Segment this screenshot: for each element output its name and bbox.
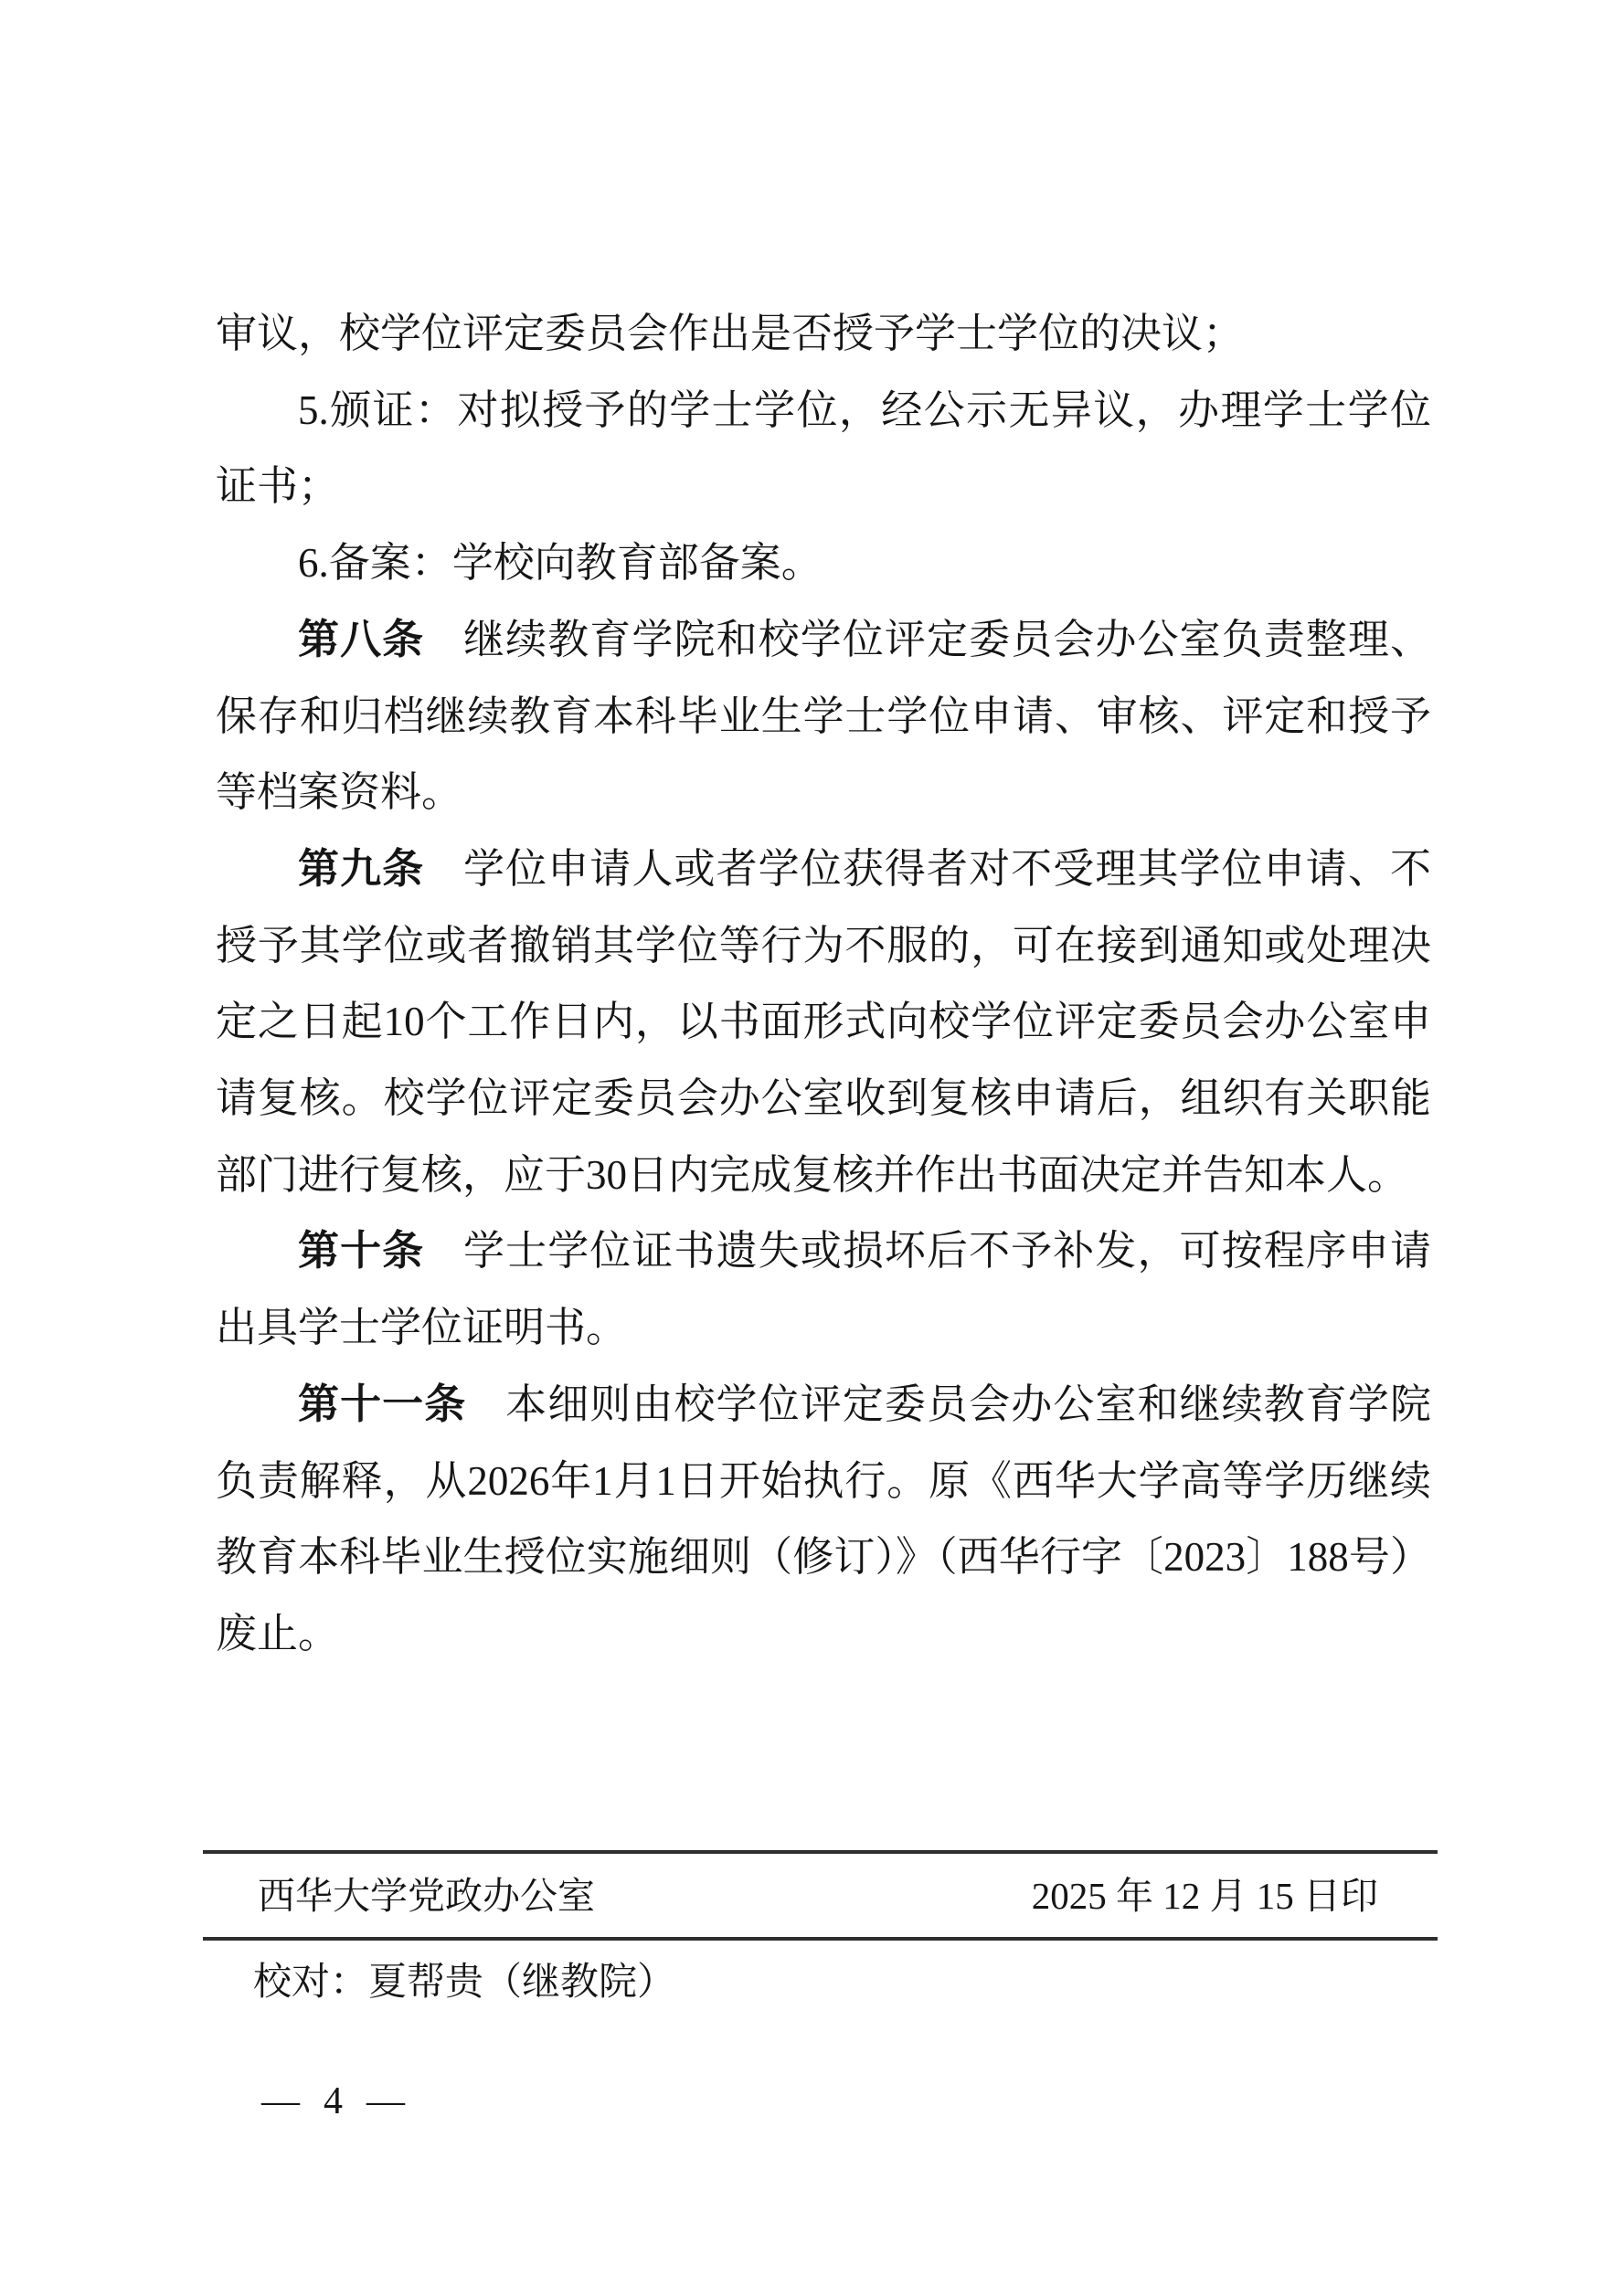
paragraph: 6.备案：学校向教育部备案。 [216, 525, 1431, 602]
print-date: 2025 年 12 月 15 日印 [1032, 1875, 1378, 1917]
article-label: 第九条 [298, 846, 424, 892]
paragraph: 第十条学士学位证书遗失或损坏后不予补发，可按程序申请出具学士学位证明书。 [216, 1213, 1431, 1366]
paragraph-text: 审议，校学位评定委员会作出是否授予学士学位的决议； [216, 311, 1244, 356]
paragraph: 第九条学位申请人或者学位获得者对不受理其学位申请、不授予其学位或者撤销其学位等行… [216, 831, 1431, 1214]
paragraph-text: 学位申请人或者学位获得者对不受理其学位申请、不授予其学位或者撤销其学位等行为不服… [216, 846, 1431, 1198]
article-label: 第十条 [298, 1228, 424, 1274]
page-number-value: 4 [324, 2081, 343, 2121]
footer-divider-top [203, 1850, 1438, 1854]
paragraph: 第八条继续教育学院和校学位评定委员会办公室负责整理、保存和归档继续教育本科毕业生… [216, 602, 1431, 831]
paragraph-text: 6.备案：学校向教育部备案。 [298, 540, 823, 586]
footer-row: 西华大学党政办公室 2025 年 12 月 15 日印 [258, 1875, 1378, 1917]
page-number: — 4 — [261, 2081, 405, 2121]
page-number-dash-right: — [366, 2081, 405, 2121]
proofreader-line: 校对：夏帮贵（继教院） [253, 1961, 675, 2005]
paragraph: 5.颁证：对拟授予的学士学位，经公示无异议，办理学士学位证书； [216, 373, 1431, 525]
article-label: 第八条 [298, 617, 424, 662]
footer-divider-bottom [203, 1937, 1438, 1941]
page-number-dash-left: — [261, 2081, 300, 2121]
document-body: 审议，校学位评定委员会作出是否授予学士学位的决议； 5.颁证：对拟授予的学士学位… [216, 296, 1431, 1673]
paragraph: 第十一条本细则由校学位评定委员会办公室和继续教育学院负责解释，从2026年1月1… [216, 1367, 1431, 1673]
document-page: 审议，校学位评定委员会作出是否授予学士学位的决议； 5.颁证：对拟授予的学士学位… [0, 0, 1624, 2296]
paragraph-text: 5.颁证：对拟授予的学士学位，经公示无异议，办理学士学位证书； [216, 387, 1431, 510]
paragraph: 审议，校学位评定委员会作出是否授予学士学位的决议； [216, 296, 1431, 373]
issuing-office: 西华大学党政办公室 [258, 1875, 595, 1917]
article-label: 第十一条 [298, 1381, 466, 1427]
